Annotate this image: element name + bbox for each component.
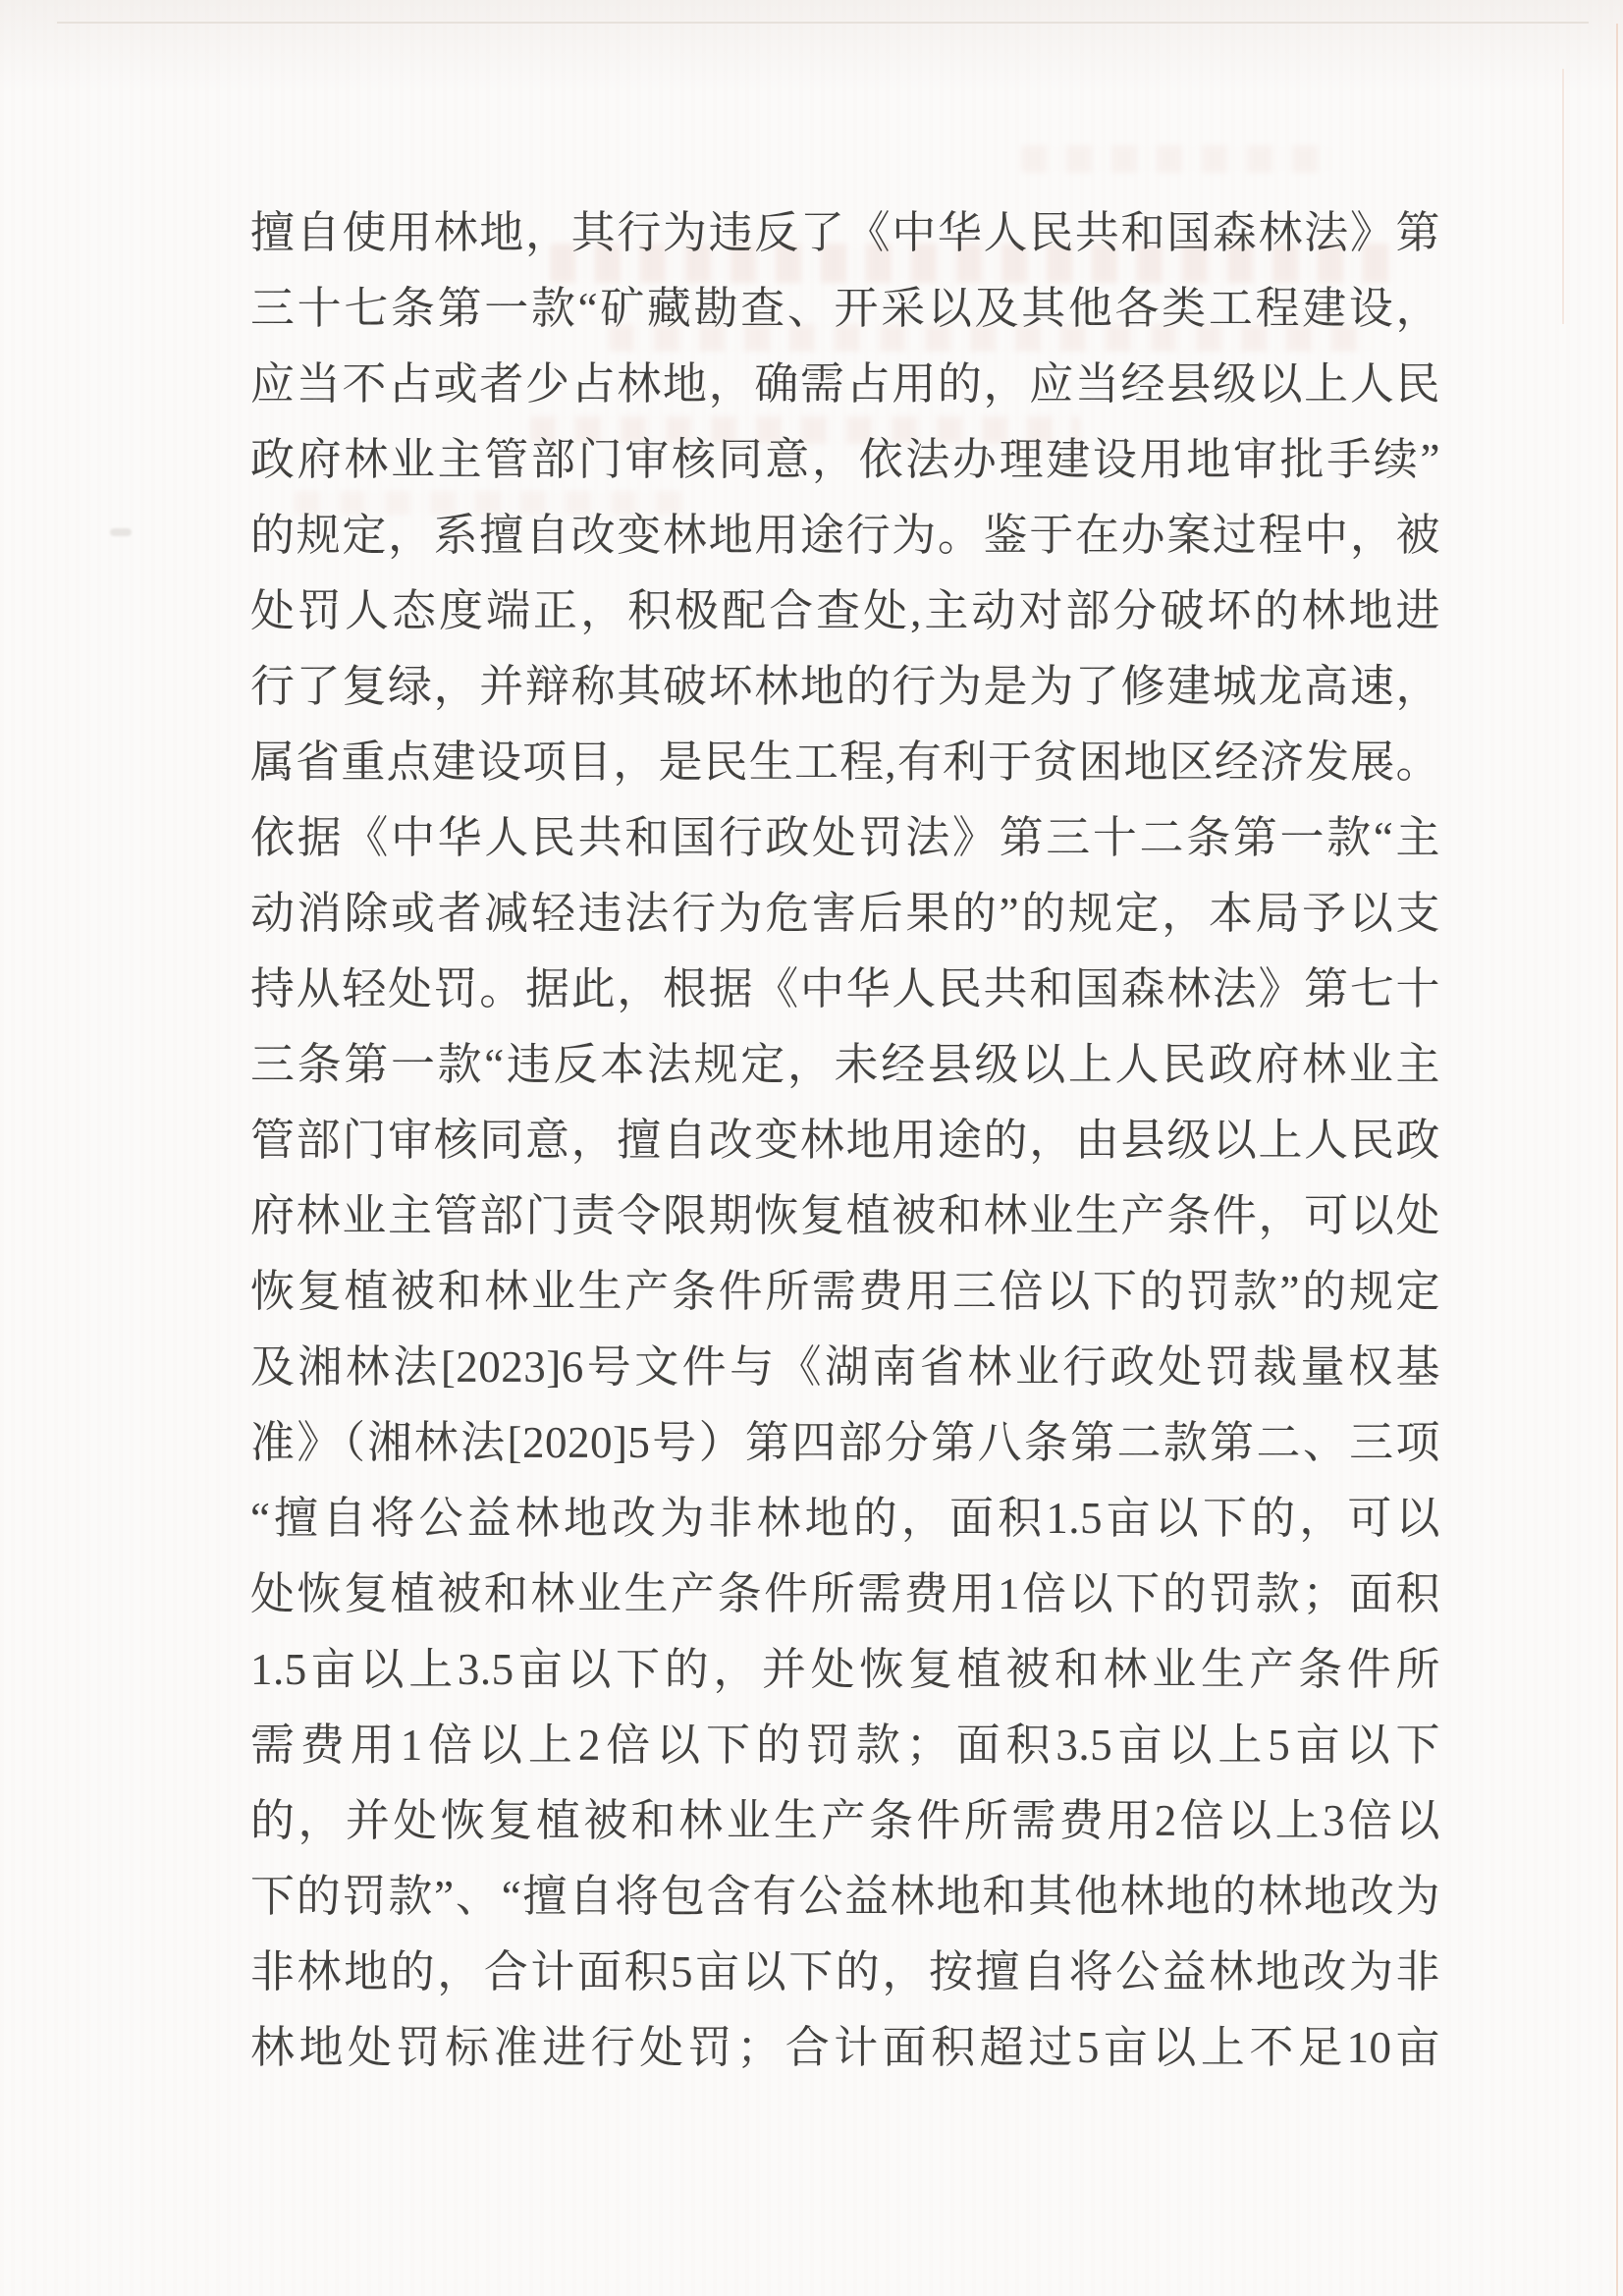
text-line: 持从轻处罚。据此，根据《中华人民共和国森林法》第七十 bbox=[250, 952, 1440, 1027]
text-line: 1.5亩以上3.5亩以下的，并处恢复植被和林业生产条件所 bbox=[250, 1632, 1440, 1708]
text-line: 非林地的，合计面积5亩以下的，按擅自将公益林地改为非 bbox=[250, 1935, 1440, 2010]
text-line: 准》（湘林法[2020]5号）第四部分第八条第二款第二、三项 bbox=[250, 1405, 1440, 1481]
text-line: 需费用1倍以上2倍以下的罚款；面积3.5亩以上5亩以下 bbox=[250, 1708, 1440, 1783]
scan-artifact-top-hairline bbox=[57, 22, 1589, 24]
scanned-document-page: 擅自使用林地，其行为违反了《中华人民共和国森林法》第 三十七条第一款“矿藏勘查、… bbox=[0, 0, 1623, 2296]
text-line: 下的罚款”、“擅自将包含有公益林地和其他林地的林地改为 bbox=[250, 1859, 1440, 1935]
text-line: 三条第一款“违反本法规定，未经县级以上人民政府林业主 bbox=[250, 1027, 1440, 1103]
text-line: 的，并处恢复植被和林业生产条件所需费用2倍以上3倍以 bbox=[250, 1783, 1440, 1859]
document-body-text: 擅自使用林地，其行为违反了《中华人民共和国森林法》第 三十七条第一款“矿藏勘查、… bbox=[250, 195, 1440, 2086]
text-line: 三十七条第一款“矿藏勘查、开采以及其他各类工程建设， bbox=[250, 271, 1440, 347]
bleed-through-ghost-text bbox=[1021, 145, 1335, 173]
text-line: 府林业主管部门责令限期恢复植被和林业生产条件，可以处 bbox=[250, 1178, 1440, 1254]
text-line: 擅自使用林地，其行为违反了《中华人民共和国森林法》第 bbox=[250, 195, 1440, 271]
text-line: 行了复绿，并辩称其破坏林地的行为是为了修建城龙高速， bbox=[250, 649, 1440, 725]
text-line: 林地处罚标准进行处罚；合计面积超过5亩以上不足10亩 bbox=[250, 2010, 1440, 2086]
text-line: 及湘林法[2023]6号文件与《湖南省林业行政处罚裁量权基 bbox=[250, 1330, 1440, 1405]
scan-artifact-edge-streak bbox=[1562, 69, 1564, 324]
text-line: 依据《中华人民共和国行政处罚法》第三十二条第一款“主 bbox=[250, 800, 1440, 876]
scan-artifact-page-edge-line bbox=[1616, 24, 1618, 2296]
text-line: 属省重点建设项目，是民生工程,有利于贫困地区经济发展。 bbox=[250, 725, 1440, 800]
text-line: 管部门审核同意，擅自改变林地用途的，由县级以上人民政 bbox=[250, 1103, 1440, 1178]
scan-artifact-smudge bbox=[110, 528, 132, 536]
text-line: 动消除或者减轻违法行为危害后果的”的规定，本局予以支 bbox=[250, 876, 1440, 952]
text-line: “擅自将公益林地改为非林地的，面积1.5亩以下的，可以 bbox=[250, 1481, 1440, 1557]
text-line: 应当不占或者少占林地，确需占用的，应当经县级以上人民 bbox=[250, 347, 1440, 422]
text-line: 处恢复植被和林业生产条件所需费用1倍以下的罚款；面积 bbox=[250, 1557, 1440, 1632]
text-line: 处罚人态度端正，积极配合查处,主动对部分破坏的林地进 bbox=[250, 574, 1440, 649]
text-line: 的规定，系擅自改变林地用途行为。鉴于在办案过程中，被 bbox=[250, 498, 1440, 574]
scan-artifact-top-band bbox=[0, 0, 1623, 94]
text-line: 恢复植被和林业生产条件所需费用三倍以下的罚款”的规定 bbox=[250, 1254, 1440, 1330]
text-line: 政府林业主管部门审核同意，依法办理建设用地审批手续” bbox=[250, 422, 1440, 498]
